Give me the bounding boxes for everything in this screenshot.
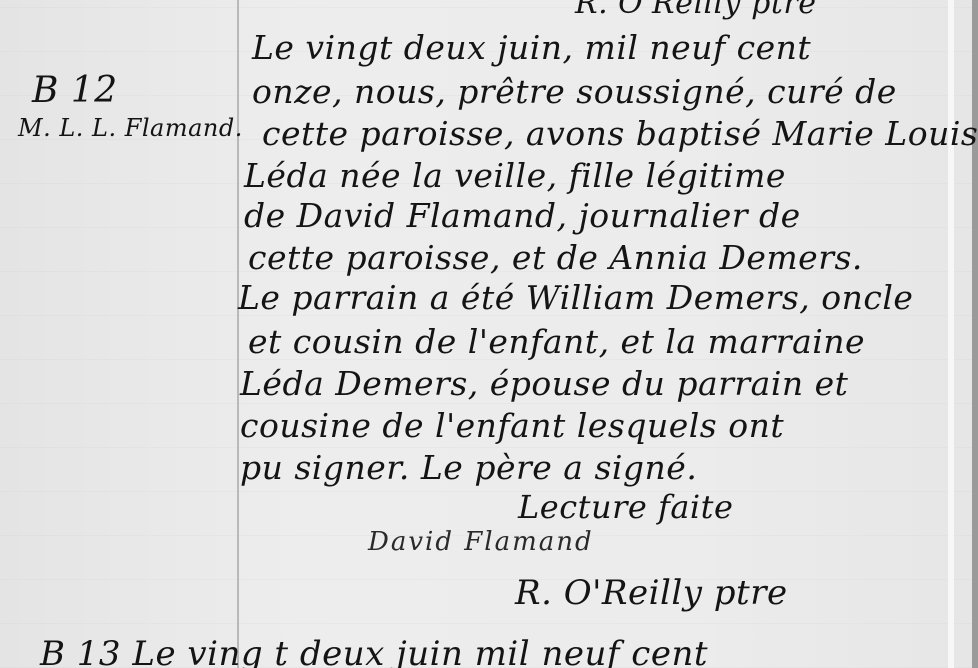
- entry-number: B 12: [32, 70, 118, 111]
- entry-line: Le parrain a été William Demers, oncle: [238, 278, 913, 317]
- entry-line: cousine de l'enfant lesquels ont: [240, 406, 784, 445]
- previous-entry-signature: R. O'Reilly ptre: [575, 0, 816, 21]
- entry-line: de David Flamand, journalier de: [244, 196, 801, 235]
- page-edge-shadow: [972, 0, 978, 668]
- entry-line: et cousin de l'enfant, et la marraine: [248, 322, 865, 361]
- entry-line: Léda née la veille, fille légitime: [244, 156, 786, 195]
- entry-line: cette paroisse, avons baptisé Marie Loui…: [262, 114, 978, 153]
- entry-line: pu signer. Le père a signé.: [240, 448, 697, 487]
- entry-line: onze, nous, prêtre soussigné, curé de: [252, 72, 897, 111]
- priest-signature: R. O'Reilly ptre: [515, 573, 788, 613]
- margin-child-name: M. L. L. Flamand.: [18, 114, 243, 142]
- register-page: R. O'Reilly ptre B 12 M. L. L. Flamand. …: [0, 0, 978, 668]
- entry-line: Léda Demers, épouse du parrain et: [240, 364, 848, 403]
- page-edge-highlight: [948, 0, 954, 668]
- entry-line: cette paroisse, et de Annia Demers.: [248, 238, 863, 277]
- margin-rule: [237, 0, 239, 668]
- next-entry-fragment: B 13 Le ving t deux juin mil neuf cent: [40, 634, 708, 668]
- entry-line: Le vingt deux juin, mil neuf cent: [252, 28, 811, 67]
- lecture-faite: Lecture faite: [518, 488, 733, 526]
- father-signature: David Flamand: [368, 527, 594, 557]
